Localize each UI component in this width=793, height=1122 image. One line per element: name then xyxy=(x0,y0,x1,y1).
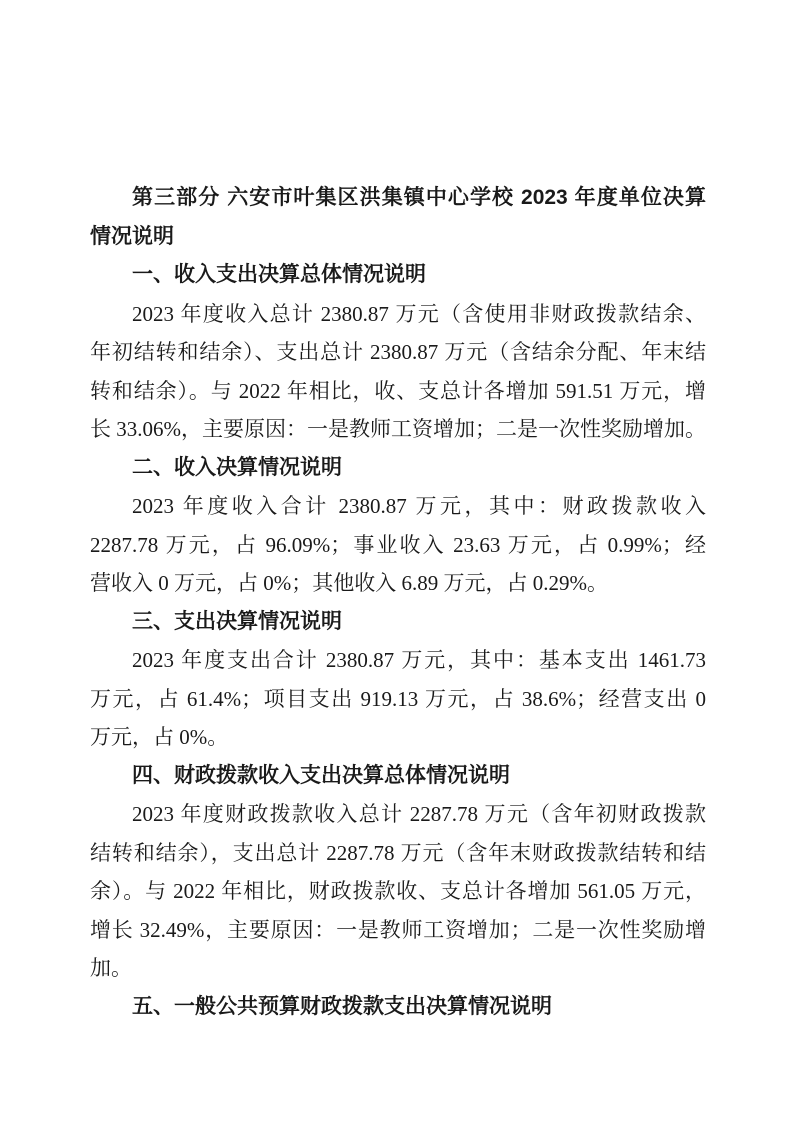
document-body: 第三部分 六安市叶集区洪集镇中心学校 2023 年度单位决算 情况说明 一、收入… xyxy=(90,179,706,1026)
section-1-para-line-3: 转和结余）。与 2022 年相比，收、支总计各增加 591.51 万元，增 xyxy=(90,372,706,411)
section-4-para-line-3: 余）。与 2022 年相比，财政拨款收、支总计各增加 561.05 万元， xyxy=(90,872,706,911)
section-3-para-line-1: 2023 年度支出合计 2380.87 万元，其中：基本支出 1461.73 xyxy=(90,641,706,680)
section-3-heading: 三、支出决算情况说明 xyxy=(90,603,706,642)
section-4-para-line-4: 增长 32.49%，主要原因：一是教师工资增加；二是一次性奖励增 xyxy=(90,911,706,950)
section-2-para-line-3: 营收入 0 万元，占 0%；其他收入 6.89 万元，占 0.29%。 xyxy=(90,564,706,603)
section-1-para-line-1: 2023 年度收入总计 2380.87 万元（含使用非财政拨款结余、 xyxy=(90,295,706,334)
document-page: 第三部分 六安市叶集区洪集镇中心学校 2023 年度单位决算 情况说明 一、收入… xyxy=(0,0,793,1122)
section-2-heading: 二、收入决算情况说明 xyxy=(90,449,706,488)
section-4-para-line-1: 2023 年度财政拨款收入总计 2287.78 万元（含年初财政拨款 xyxy=(90,795,706,834)
doc-title-line-1: 第三部分 六安市叶集区洪集镇中心学校 2023 年度单位决算 xyxy=(90,179,706,218)
section-3-para-line-3: 万元，占 0%。 xyxy=(90,718,706,757)
section-4-para-line-5: 加。 xyxy=(90,949,706,988)
section-3-para-line-2: 万元，占 61.4%；项目支出 919.13 万元，占 38.6%；经营支出 0 xyxy=(90,680,706,719)
doc-title-line-2: 情况说明 xyxy=(90,218,706,257)
section-4-para-line-2: 结转和结余），支出总计 2287.78 万元（含年末财政拨款结转和结 xyxy=(90,834,706,873)
section-1-para-line-4: 长 33.06%，主要原因：一是教师工资增加；二是一次性奖励增加。 xyxy=(90,410,706,449)
section-2-para-line-1: 2023 年度收入合计 2380.87 万元，其中：财政拨款收入 xyxy=(90,487,706,526)
section-1-heading: 一、收入支出决算总体情况说明 xyxy=(90,256,706,295)
section-1-para-line-2: 年初结转和结余）、支出总计 2380.87 万元（含结余分配、年末结 xyxy=(90,333,706,372)
section-2-para-line-2: 2287.78 万元，占 96.09%；事业收入 23.63 万元，占 0.99… xyxy=(90,526,706,565)
section-4-heading: 四、财政拨款收入支出决算总体情况说明 xyxy=(90,757,706,796)
section-5-heading: 五、一般公共预算财政拨款支出决算情况说明 xyxy=(90,988,706,1027)
